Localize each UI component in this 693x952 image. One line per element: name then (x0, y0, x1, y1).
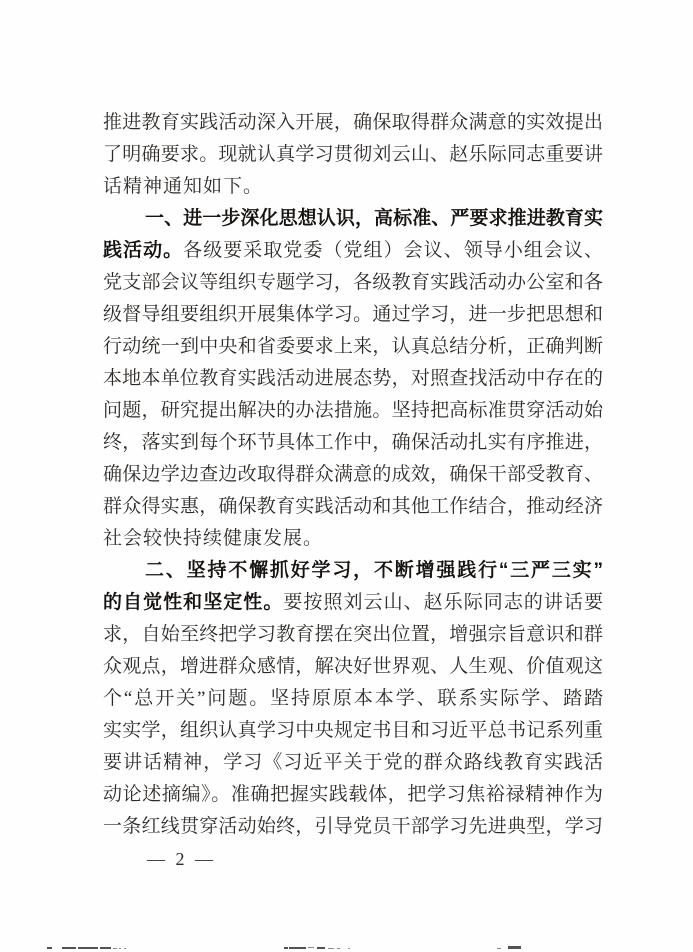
text-line: 问题，研究提出解决的办法措施。坚持把高标准贯穿活动始 (103, 395, 603, 427)
scan-artifact (508, 946, 521, 949)
text-line: 一条红线贯穿活动始终，引导党员干部学习先进典型，学习 (103, 811, 603, 843)
document-body: 推进教育实践活动深入开展，确保取得群众满意的实效提出了明确要求。现就认真学习贯彻… (103, 107, 603, 843)
text-line: 行动统一到中央和省委要求上来，认真总结分析，正确判断 (103, 331, 603, 363)
text-segment: 众观点，增进群众感情，解决好世界观、人生观、价值观这 (103, 656, 603, 677)
scan-artifact (337, 948, 340, 949)
scanned-document-page: 推进教育实践活动深入开展，确保取得群众满意的实效提出了明确要求。现就认真学习贯彻… (0, 0, 693, 952)
text-segment: 要按照刘云山、赵乐际同志的讲话要 (283, 592, 603, 613)
scan-artifact (317, 947, 325, 949)
text-segment: 行动统一到中央和省委要求上来，认真总结分析，正确判断 (103, 336, 603, 357)
text-line: 本地本单位教育实践活动进展态势，对照查找活动中存在的 (103, 363, 603, 395)
text-segment: 个“总开关”问题。坚持原原本本学、联系实际学、踏踏 (103, 688, 603, 709)
scan-artifact (289, 947, 306, 949)
scan-artifact (284, 947, 288, 949)
text-line: 的自觉性和坚定性。要按照刘云山、赵乐际同志的讲话要 (103, 587, 603, 619)
scan-artifact (308, 947, 314, 948)
text-line: 党支部会议等组织专题学习，各级教育实践活动办公室和各 (103, 267, 603, 299)
scan-artifact (78, 947, 98, 949)
text-line: 确保边学边查边改取得群众满意的成效，确保干部受教育、 (103, 459, 603, 491)
scan-artifact (348, 948, 350, 949)
text-line: 话精神通知如下。 (103, 171, 603, 203)
text-line: 二、坚持不懈抓好学习，不断增强践行“三严三实” (103, 555, 603, 587)
text-line: 一、进一步深化思想认识，高标准、严要求推进教育实 (103, 203, 603, 235)
text-segment: 要讲话精神，学习《习近平关于党的群众路线教育实践活 (103, 752, 603, 773)
scan-artifact (124, 948, 126, 949)
text-segment: 推进教育实践活动深入开展，确保取得群众满意的实效提出 (103, 112, 603, 133)
text-line: 了明确要求。现就认真学习贯彻刘云山、赵乐际同志重要讲 (103, 139, 603, 171)
text-segment: 确保边学边查边改取得群众满意的成效，确保干部受教育、 (103, 464, 603, 485)
text-line: 实实学，组织认真学习中央规定书目和习近平总书记系列重 (103, 715, 603, 747)
text-segment: 求，自始至终把学习教育摆在突出位置，增强宗旨意识和群 (103, 624, 603, 645)
text-line: 要讲话精神，学习《习近平关于党的群众路线教育实践活 (103, 747, 603, 779)
bold-text-segment: 二、坚持不懈抓好学习，不断增强践行“三严三实” (145, 560, 603, 581)
text-segment: 社会较快持续健康发展。 (103, 528, 323, 549)
text-line: 推进教育实践活动深入开展，确保取得群众满意的实效提出 (103, 107, 603, 139)
scan-artifact (328, 948, 334, 949)
text-segment: 群众得实惠，确保教育实践活动和其他工作结合，推动经济 (103, 496, 603, 517)
text-line: 众观点，增进群众感情，解决好世界观、人生观、价值观这 (103, 651, 603, 683)
bold-text-segment: 一、进一步深化思想认识，高标准、严要求推进教育实 (145, 208, 603, 229)
text-line: 动论述摘编》。准确把握实践载体，把学习焦裕禄精神作为 (103, 779, 603, 811)
scan-artifact (113, 948, 117, 949)
bold-text-segment: 的自觉性和坚定性。 (103, 592, 283, 613)
text-segment: 一条红线贯穿活动始终，引导党员干部学习先进典型，学习 (103, 816, 603, 837)
text-segment: 了明确要求。现就认真学习贯彻刘云山、赵乐际同志重要讲 (103, 144, 603, 165)
text-line: 个“总开关”问题。坚持原原本本学、联系实际学、踏踏 (103, 683, 603, 715)
text-segment: 问题，研究提出解决的办法措施。坚持把高标准贯穿活动始 (103, 400, 603, 421)
scan-artifact (100, 947, 111, 949)
text-segment: 终，落实到每个环节具体工作中，确保活动扎实有序推进， (103, 432, 603, 453)
scan-artifact (497, 948, 501, 949)
text-line: 终，落实到每个环节具体工作中，确保活动扎实有序推进， (103, 427, 603, 459)
text-line: 社会较快持续健康发展。 (103, 523, 603, 555)
text-segment: 党支部会议等组织专题学习，各级教育实践活动办公室和各 (103, 272, 603, 293)
page-number: — 2 — (147, 843, 216, 875)
text-segment: 实实学，组织认真学习中央规定书目和习近平总书记系列重 (103, 720, 603, 741)
scan-artifact (62, 947, 76, 949)
text-segment: 本地本单位教育实践活动进展态势，对照查找活动中存在的 (103, 368, 603, 389)
scan-artifact (119, 948, 121, 949)
text-line: 践活动。各级要采取党委（党组）会议、领导小组会议、 (103, 235, 603, 267)
text-segment: 各级要采取党委（党组）会议、领导小组会议、 (183, 240, 603, 261)
bold-text-segment: 践活动。 (103, 240, 183, 261)
text-line: 级督导组要组织开展集体学习。通过学习，进一步把思想和 (103, 299, 603, 331)
text-segment: 话精神通知如下。 (103, 176, 263, 197)
text-segment: 动论述摘编》。准确把握实践载体，把学习焦裕禄精神作为 (103, 784, 603, 805)
text-segment: 级督导组要组织开展集体学习。通过学习，进一步把思想和 (103, 304, 603, 325)
scan-artifact (47, 947, 52, 949)
text-line: 求，自始至终把学习教育摆在突出位置，增强宗旨意识和群 (103, 619, 603, 651)
text-line: 群众得实惠，确保教育实践活动和其他工作结合，推动经济 (103, 491, 603, 523)
